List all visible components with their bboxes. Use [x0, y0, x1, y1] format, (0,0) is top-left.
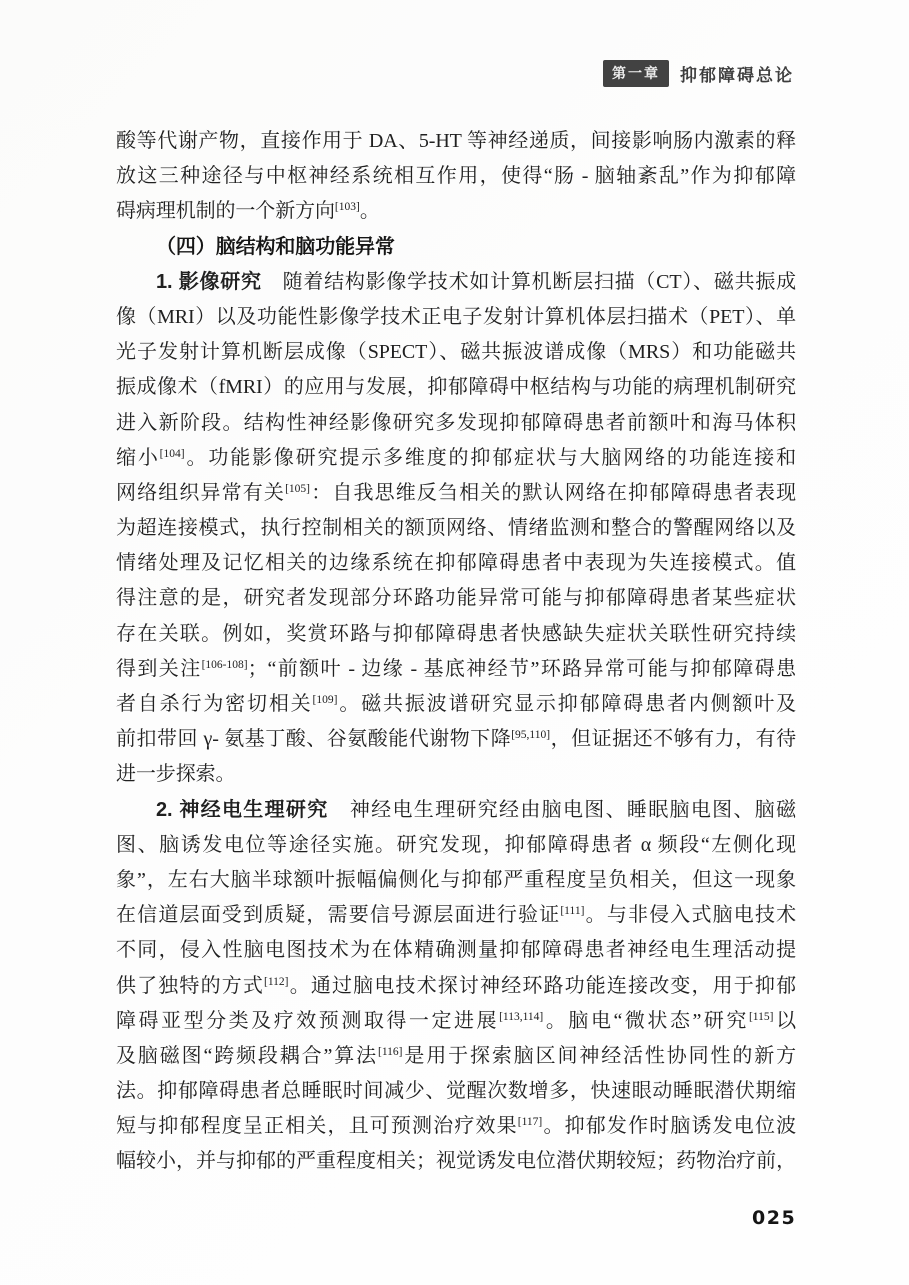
text-segment: 缩小	[116, 447, 160, 469]
citation-superscript: [103]	[335, 201, 360, 213]
text-segment: 振成像术（fMRI）的应用与发展，抑郁障碍中枢结构与功能的病理机制研究	[116, 376, 796, 398]
text-segment: 以	[773, 1010, 796, 1032]
text-line: 及脑磁图“跨频段耦合”算法[116]是用于探索脑区间神经活性协同性的新方	[116, 1039, 796, 1074]
text-segment: 随着结构影像学技术如计算机断层扫描（CT）、磁共振成	[262, 271, 796, 293]
text-segment: 不同，侵入性脑电图技术为在体精确测量抑郁障碍患者神经电生理活动提	[116, 939, 796, 961]
text-segment: ，但证据还不够有力，有待	[550, 728, 796, 750]
citation-superscript: [117]	[518, 1116, 542, 1128]
text-line: 者自杀行为密切相关[109]。磁共振波谱研究显示抑郁障碍患者内侧额叶及	[116, 687, 796, 722]
text-segment: 进一步探索。	[116, 763, 235, 785]
page-header: 第一章 抑郁障碍总论	[603, 60, 794, 87]
text-segment: 幅较小，并与抑郁的严重程度相关；视觉诱发电位潜伏期较短；药物治疗前，	[116, 1150, 796, 1172]
text-line: 进一步探索。	[116, 757, 796, 792]
text-line: 图、脑诱发电位等途径实施。研究发现，抑郁障碍患者 α 频段“左侧化现	[116, 828, 796, 863]
citation-superscript: [105]	[285, 483, 310, 495]
text-line: 得到关注[106-108]；“前额叶 - 边缘 - 基底神经节”环路异常可能与抑…	[116, 652, 796, 687]
text-segment: 供了独特的方式	[116, 975, 264, 997]
text-segment: 象”，左右大脑半球额叶振幅偏侧化与抑郁严重程度呈负相关，但这一现象	[116, 869, 796, 891]
text-segment: 碍病理机制的一个新方向	[116, 200, 335, 222]
text-segment: 像（MRI）以及功能性影像学技术正电子发射计算机体层扫描术（PET）、单	[116, 306, 796, 328]
text-line: 缩小[104]。功能影像研究提示多维度的抑郁症状与大脑网络的功能连接和	[116, 441, 796, 476]
page-number: 025	[752, 1207, 796, 1229]
text-line: 前扣带回 γ- 氨基丁酸、谷氨酸能代谢物下降[95,110]，但证据还不够有力，…	[116, 722, 796, 757]
text-segment: 及脑磁图“跨频段耦合”算法	[116, 1045, 378, 1067]
text-line: 短与抑郁程度呈正相关，且可预测治疗效果[117]。抑郁发作时脑诱发电位波	[116, 1109, 796, 1144]
text-line: 放这三种途径与中枢神经系统相互作用，使得“肠 - 脑轴紊乱”作为抑郁障	[116, 159, 796, 194]
text-line: 2. 神经电生理研究 神经电生理研究经由脑电图、睡眠脑电图、脑磁	[116, 793, 796, 828]
text-line: 象”，左右大脑半球额叶振幅偏侧化与抑郁严重程度呈负相关，但这一现象	[116, 863, 796, 898]
text-segment: 情绪处理及记忆相关的边缘系统在抑郁障碍患者中表现为失连接模式。值	[116, 552, 796, 574]
section-heading: （四）脑结构和脑功能异常	[116, 230, 796, 265]
text-line: 振成像术（fMRI）的应用与发展，抑郁障碍中枢结构与功能的病理机制研究	[116, 370, 796, 405]
text-segment: 为超连接模式，执行控制相关的额顶网络、情绪监测和整合的警醒网络以及	[116, 517, 796, 539]
text-segment: 酸等代谢产物，直接作用于 DA、5-HT 等神经递质，间接影响肠内激素的释	[116, 130, 796, 152]
text-line: 酸等代谢产物，直接作用于 DA、5-HT 等神经递质，间接影响肠内激素的释	[116, 124, 796, 159]
citation-superscript: [95,110]	[511, 729, 550, 741]
text-segment: 。与非侵入式脑电技术	[584, 904, 796, 926]
text-segment: 在信道层面受到质疑，需要信号源层面进行验证	[116, 904, 560, 926]
text-segment: 。抑郁发作时脑诱发电位波	[542, 1115, 796, 1137]
text-segment: 。通过脑电技术探讨神经环路功能连接改变，用于抑郁	[289, 975, 796, 997]
text-segment: 得注意的是，研究者发现部分环路功能异常可能与抑郁障碍患者某些症状	[116, 587, 796, 609]
text-line: 为超连接模式，执行控制相关的额顶网络、情绪监测和整合的警醒网络以及	[116, 511, 796, 546]
chapter-title: 抑郁障碍总论	[680, 61, 794, 86]
citation-superscript: [116]	[378, 1046, 402, 1058]
text-segment: 图、脑诱发电位等途径实施。研究发现，抑郁障碍患者 α 频段“左侧化现	[116, 834, 796, 856]
body-text: 酸等代谢产物，直接作用于 DA、5-HT 等神经递质，间接影响肠内激素的释放这三…	[116, 124, 796, 1180]
text-line: 像（MRI）以及功能性影像学技术正电子发射计算机体层扫描术（PET）、单	[116, 300, 796, 335]
text-line: 1. 影像研究 随着结构影像学技术如计算机断层扫描（CT）、磁共振成	[116, 265, 796, 300]
text-segment: 。	[360, 200, 380, 222]
text-segment: 。脑电“微状态”研究	[543, 1010, 749, 1032]
run-in-label: 1. 影像研究	[156, 271, 262, 293]
text-segment: 进入新阶段。结构性神经影像研究多发现抑郁障碍患者前额叶和海马体积	[116, 412, 796, 434]
text-segment: 光子发射计算机断层成像（SPECT）、磁共振波谱成像（MRS）和功能磁共	[116, 341, 796, 363]
paragraph: 2. 神经电生理研究 神经电生理研究经由脑电图、睡眠脑电图、脑磁图、脑诱发电位等…	[116, 793, 796, 1180]
text-line: 网络组织异常有关[105]：自我思维反刍相关的默认网络在抑郁障碍患者表现	[116, 476, 796, 511]
text-segment: 神经电生理研究经由脑电图、睡眠脑电图、脑磁	[329, 799, 796, 821]
paragraph: 酸等代谢产物，直接作用于 DA、5-HT 等神经递质，间接影响肠内激素的释放这三…	[116, 124, 796, 230]
text-segment: 是用于探索脑区间神经活性协同性的新方	[402, 1045, 796, 1067]
text-segment: 得到关注	[116, 658, 202, 680]
text-line: 在信道层面受到质疑，需要信号源层面进行验证[111]。与非侵入式脑电技术	[116, 898, 796, 933]
text-line: 进入新阶段。结构性神经影像研究多发现抑郁障碍患者前额叶和海马体积	[116, 406, 796, 441]
chapter-badge: 第一章	[603, 60, 669, 87]
citation-superscript: [104]	[160, 448, 185, 460]
text-line: 障碍亚型分类及疗效预测取得一定进展[113,114]。脑电“微状态”研究[115…	[116, 1004, 796, 1039]
text-segment: ；“前额叶 - 边缘 - 基底神经节”环路异常可能与抑郁障碍患	[248, 658, 796, 680]
text-segment: 前扣带回 γ- 氨基丁酸、谷氨酸能代谢物下降	[116, 728, 511, 750]
text-segment: 放这三种途径与中枢神经系统相互作用，使得“肠 - 脑轴紊乱”作为抑郁障	[116, 165, 796, 187]
citation-superscript: [115]	[749, 1011, 773, 1023]
text-segment: 法。抑郁障碍患者总睡眠时间减少、觉醒次数增多，快速眼动睡眠潜伏期缩	[116, 1080, 796, 1102]
run-in-label: 2. 神经电生理研究	[156, 799, 329, 821]
text-line: 不同，侵入性脑电图技术为在体精确测量抑郁障碍患者神经电生理活动提	[116, 933, 796, 968]
paragraph: 1. 影像研究 随着结构影像学技术如计算机断层扫描（CT）、磁共振成像（MRI）…	[116, 265, 796, 793]
text-line: 得注意的是，研究者发现部分环路功能异常可能与抑郁障碍患者某些症状	[116, 581, 796, 616]
text-line: 碍病理机制的一个新方向[103]。	[116, 194, 796, 229]
citation-superscript: [106-108]	[202, 659, 248, 671]
text-line: 幅较小，并与抑郁的严重程度相关；视觉诱发电位潜伏期较短；药物治疗前，	[116, 1144, 796, 1179]
text-segment: 存在关联。例如，奖赏环路与抑郁障碍患者快感缺失症状关联性研究持续	[116, 623, 796, 645]
citation-superscript: [111]	[560, 905, 584, 917]
text-segment: 。功能影像研究提示多维度的抑郁症状与大脑网络的功能连接和	[185, 447, 796, 469]
citation-superscript: [113,114]	[499, 1011, 543, 1023]
text-line: 光子发射计算机断层成像（SPECT）、磁共振波谱成像（MRS）和功能磁共	[116, 335, 796, 370]
text-segment: 短与抑郁程度呈正相关，且可预测治疗效果	[116, 1115, 518, 1137]
text-segment: 网络组织异常有关	[116, 482, 285, 504]
text-line: 法。抑郁障碍患者总睡眠时间减少、觉醒次数增多，快速眼动睡眠潜伏期缩	[116, 1074, 796, 1109]
text-line: 情绪处理及记忆相关的边缘系统在抑郁障碍患者中表现为失连接模式。值	[116, 546, 796, 581]
citation-superscript: [109]	[313, 694, 338, 706]
text-segment: 者自杀行为密切相关	[116, 693, 313, 715]
text-line: 供了独特的方式[112]。通过脑电技术探讨神经环路功能连接改变，用于抑郁	[116, 969, 796, 1004]
text-segment: ：自我思维反刍相关的默认网络在抑郁障碍患者表现	[310, 482, 796, 504]
text-segment: 。磁共振波谱研究显示抑郁障碍患者内侧额叶及	[337, 693, 796, 715]
citation-superscript: [112]	[264, 976, 288, 988]
text-line: 存在关联。例如，奖赏环路与抑郁障碍患者快感缺失症状关联性研究持续	[116, 617, 796, 652]
text-segment: 障碍亚型分类及疗效预测取得一定进展	[116, 1010, 499, 1032]
